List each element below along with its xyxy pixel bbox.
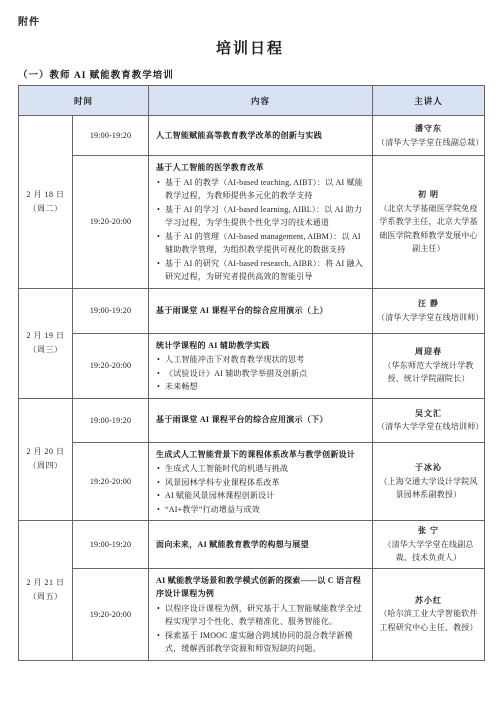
table-row: 2 月 21 日 （周五） 19:00-19:20 面向未来，AI 赋能教育教学…: [19, 521, 485, 569]
session-title: 基于雨课堂 AI 课程平台的综合应用演示（上）: [156, 304, 367, 318]
speaker-cell: 张 宁 （清华大学学堂在线副总裁、技术负责人）: [373, 521, 485, 569]
date-cell-feb19: 2 月 19 日 （周三）: [19, 288, 73, 398]
speaker-name: 潘守东: [377, 122, 480, 136]
date-cell-feb18: 2 月 18 日 （周二）: [19, 116, 73, 289]
speaker-name: 吴文汇: [377, 407, 480, 421]
speaker-name: 周迎春: [377, 345, 480, 359]
bullet-item: 基于 AI 的研究（AI-based research, AIBR）：将 AI …: [156, 257, 367, 284]
bullet-item: 人工智能冲击下对教育教学现状的思考: [156, 353, 367, 367]
time-cell: 19:20-20:00: [73, 442, 149, 521]
table-row: 19:20-20:00 统计学课程的 AI 辅助教学实践 人工智能冲击下对教育教…: [19, 333, 485, 398]
speaker-cell: 于冰沁 （上海交通大学设计学院风景园林系副教授）: [373, 442, 485, 521]
speaker-cell: 苏小红 （哈尔滨工业大学智能软件工程研究中心主任、教授）: [373, 568, 485, 660]
speaker-title: （哈尔滨工业大学智能软件工程研究中心主任、教授）: [377, 607, 480, 634]
column-header-content: 内容: [149, 86, 373, 116]
date-text: 2 月 18 日: [19, 188, 72, 202]
attachment-label: 附件: [18, 13, 482, 28]
bullet-list: 以程序设计课程为例，研究基于人工智能赋能教学全过程实现学习个性化、教学精准化、服…: [156, 602, 367, 656]
time-cell: 19:00-19:20: [73, 398, 149, 442]
weekday-text: （周二）: [19, 202, 72, 216]
speaker-title: （清华大学学堂在线培训师）: [377, 311, 480, 325]
speaker-name: 汪 静: [377, 297, 480, 311]
bullet-item: 基于 AI 的管理（AI-based management, AIBM）：以 A…: [156, 230, 367, 257]
speaker-title: （北京大学基础医学院免疫学系教学主任，北京大学基础医学院教师教学发展中心副主任）: [377, 202, 480, 256]
session-content: AI 赋能教学场景和教学模式创新的探索——以 C 语言程序设计课程为例 以程序设…: [149, 568, 373, 660]
bullet-item: 基于 AI 的教学（AI-based teaching, AIBT）：以 AI …: [156, 176, 367, 203]
bullet-item: “AI+教学”行动增益与成效: [156, 503, 367, 517]
session-content: 面向未来，AI 赋能教育教学的构想与展望: [149, 521, 373, 569]
time-cell: 19:20-20:00: [73, 156, 149, 289]
session-title: 生成式人工智能背景下的课程体系改革与教学创新设计: [156, 448, 367, 462]
bullet-item: 生成式人工智能时代的机遇与挑战: [156, 462, 367, 476]
session-title: 人工智能赋能高等教育教学改革的创新与实践: [156, 129, 367, 143]
table-row: 19:20-20:00 基于人工智能的医学教育改革 基于 AI 的教学（AI-b…: [19, 156, 485, 289]
session-content: 统计学课程的 AI 辅助教学实践 人工智能冲击下对教育教学现状的思考 《试验设计…: [149, 333, 373, 398]
time-cell: 19:00-19:20: [73, 521, 149, 569]
bullet-item: 探索基于 IMOOC 虚实融合跨域协同的混合教学新模式，缓解西部教学资源和师资短…: [156, 629, 367, 656]
session-title: 基于人工智能的医学教育改革: [156, 161, 367, 175]
schedule-table: 时间 内容 主讲人 2 月 18 日 （周二） 19:00-19:20 人工智能…: [18, 85, 485, 661]
speaker-name: 于冰沁: [377, 461, 480, 475]
date-text: 2 月 21 日: [19, 576, 72, 590]
session-content: 基于雨课堂 AI 课程平台的综合应用演示（下）: [149, 398, 373, 442]
table-header-row: 时间 内容 主讲人: [19, 86, 485, 116]
column-header-time: 时间: [19, 86, 149, 116]
speaker-title: （华东师范大学统计学教授、统计学院副院长）: [377, 359, 480, 386]
speaker-cell: 潘守东 （清华大学学堂在线副总裁）: [373, 116, 485, 156]
table-row: 2 月 19 日 （周三） 19:00-19:20 基于雨课堂 AI 课程平台的…: [19, 288, 485, 333]
bullet-item: 未来畅想: [156, 380, 367, 394]
speaker-title: （上海交通大学设计学院风景园林系副教授）: [377, 475, 480, 502]
speaker-name: 张 宁: [377, 524, 480, 538]
table-row: 19:20-20:00 生成式人工智能背景下的课程体系改革与教学创新设计 生成式…: [19, 442, 485, 521]
session-content: 生成式人工智能背景下的课程体系改革与教学创新设计 生成式人工智能时代的机遇与挑战…: [149, 442, 373, 521]
bullet-list: 基于 AI 的教学（AI-based teaching, AIBT）：以 AI …: [156, 176, 367, 284]
speaker-cell: 汪 静 （清华大学学堂在线培训师）: [373, 288, 485, 333]
bullet-item: 风景园林学科专业课程体系改革: [156, 476, 367, 490]
bullet-list: 人工智能冲击下对教育教学现状的思考 《试验设计》AI 辅助教学举措及创新点 未来…: [156, 353, 367, 394]
time-cell: 19:00-19:20: [73, 116, 149, 156]
session-content: 基于人工智能的医学教育改革 基于 AI 的教学（AI-based teachin…: [149, 156, 373, 289]
column-header-speaker: 主讲人: [373, 86, 485, 116]
session-title: 统计学课程的 AI 辅助教学实践: [156, 339, 367, 353]
session-title: 面向未来，AI 赋能教育教学的构想与展望: [156, 538, 367, 552]
session-title: AI 赋能教学场景和教学模式创新的探索——以 C 语言程序设计课程为例: [156, 574, 367, 601]
time-cell: 19:20-20:00: [73, 333, 149, 398]
document-page: 附件 培训日程 （一）教师 AI 赋能教育教学培训 时间 内容 主讲人 2 月 …: [0, 0, 499, 661]
speaker-cell: 吴文汇 （清华大学学堂在线培训师）: [373, 398, 485, 442]
section-title: （一）教师 AI 赋能教育教学培训: [18, 67, 482, 81]
speaker-name: 苏小红: [377, 594, 480, 608]
weekday-text: （周三）: [19, 343, 72, 357]
speaker-cell: 周迎春 （华东师范大学统计学教授、统计学院副院长）: [373, 333, 485, 398]
speaker-title: （清华大学学堂在线副总裁）: [377, 136, 480, 150]
weekday-text: （周五）: [19, 590, 72, 604]
session-content: 基于雨课堂 AI 课程平台的综合应用演示（上）: [149, 288, 373, 333]
weekday-text: （周四）: [19, 459, 72, 473]
date-cell-feb21: 2 月 21 日 （周五）: [19, 521, 73, 661]
page-title: 培训日程: [18, 37, 482, 58]
bullet-item: 以程序设计课程为例，研究基于人工智能赋能教学全过程实现学习个性化、教学精准化、服…: [156, 602, 367, 629]
speaker-title: （清华大学学堂在线培训师）: [377, 420, 480, 434]
date-text: 2 月 19 日: [19, 329, 72, 343]
session-title: 基于雨课堂 AI 课程平台的综合应用演示（下）: [156, 413, 367, 427]
date-cell-feb20: 2 月 20 日 （周四）: [19, 398, 73, 521]
speaker-cell: 初 明 （北京大学基础医学院免疫学系教学主任，北京大学基础医学院教师教学发展中心…: [373, 156, 485, 289]
bullet-item: AI 赋能风景园林课程创新设计: [156, 489, 367, 503]
bullet-list: 生成式人工智能时代的机遇与挑战 风景园林学科专业课程体系改革 AI 赋能风景园林…: [156, 462, 367, 516]
table-row: 2 月 20 日 （周四） 19:00-19:20 基于雨课堂 AI 课程平台的…: [19, 398, 485, 442]
speaker-title: （清华大学学堂在线副总裁、技术负责人）: [377, 538, 480, 565]
table-row: 19:20-20:00 AI 赋能教学场景和教学模式创新的探索——以 C 语言程…: [19, 568, 485, 660]
date-text: 2 月 20 日: [19, 445, 72, 459]
table-row: 2 月 18 日 （周二） 19:00-19:20 人工智能赋能高等教育教学改革…: [19, 116, 485, 156]
session-content: 人工智能赋能高等教育教学改革的创新与实践: [149, 116, 373, 156]
speaker-name: 初 明: [377, 188, 480, 202]
bullet-item: 《试验设计》AI 辅助教学举措及创新点: [156, 367, 367, 381]
time-cell: 19:20-20:00: [73, 568, 149, 660]
time-cell: 19:00-19:20: [73, 288, 149, 333]
bullet-item: 基于 AI 的学习（AI-based learning, AIBL）：以 AI …: [156, 203, 367, 230]
